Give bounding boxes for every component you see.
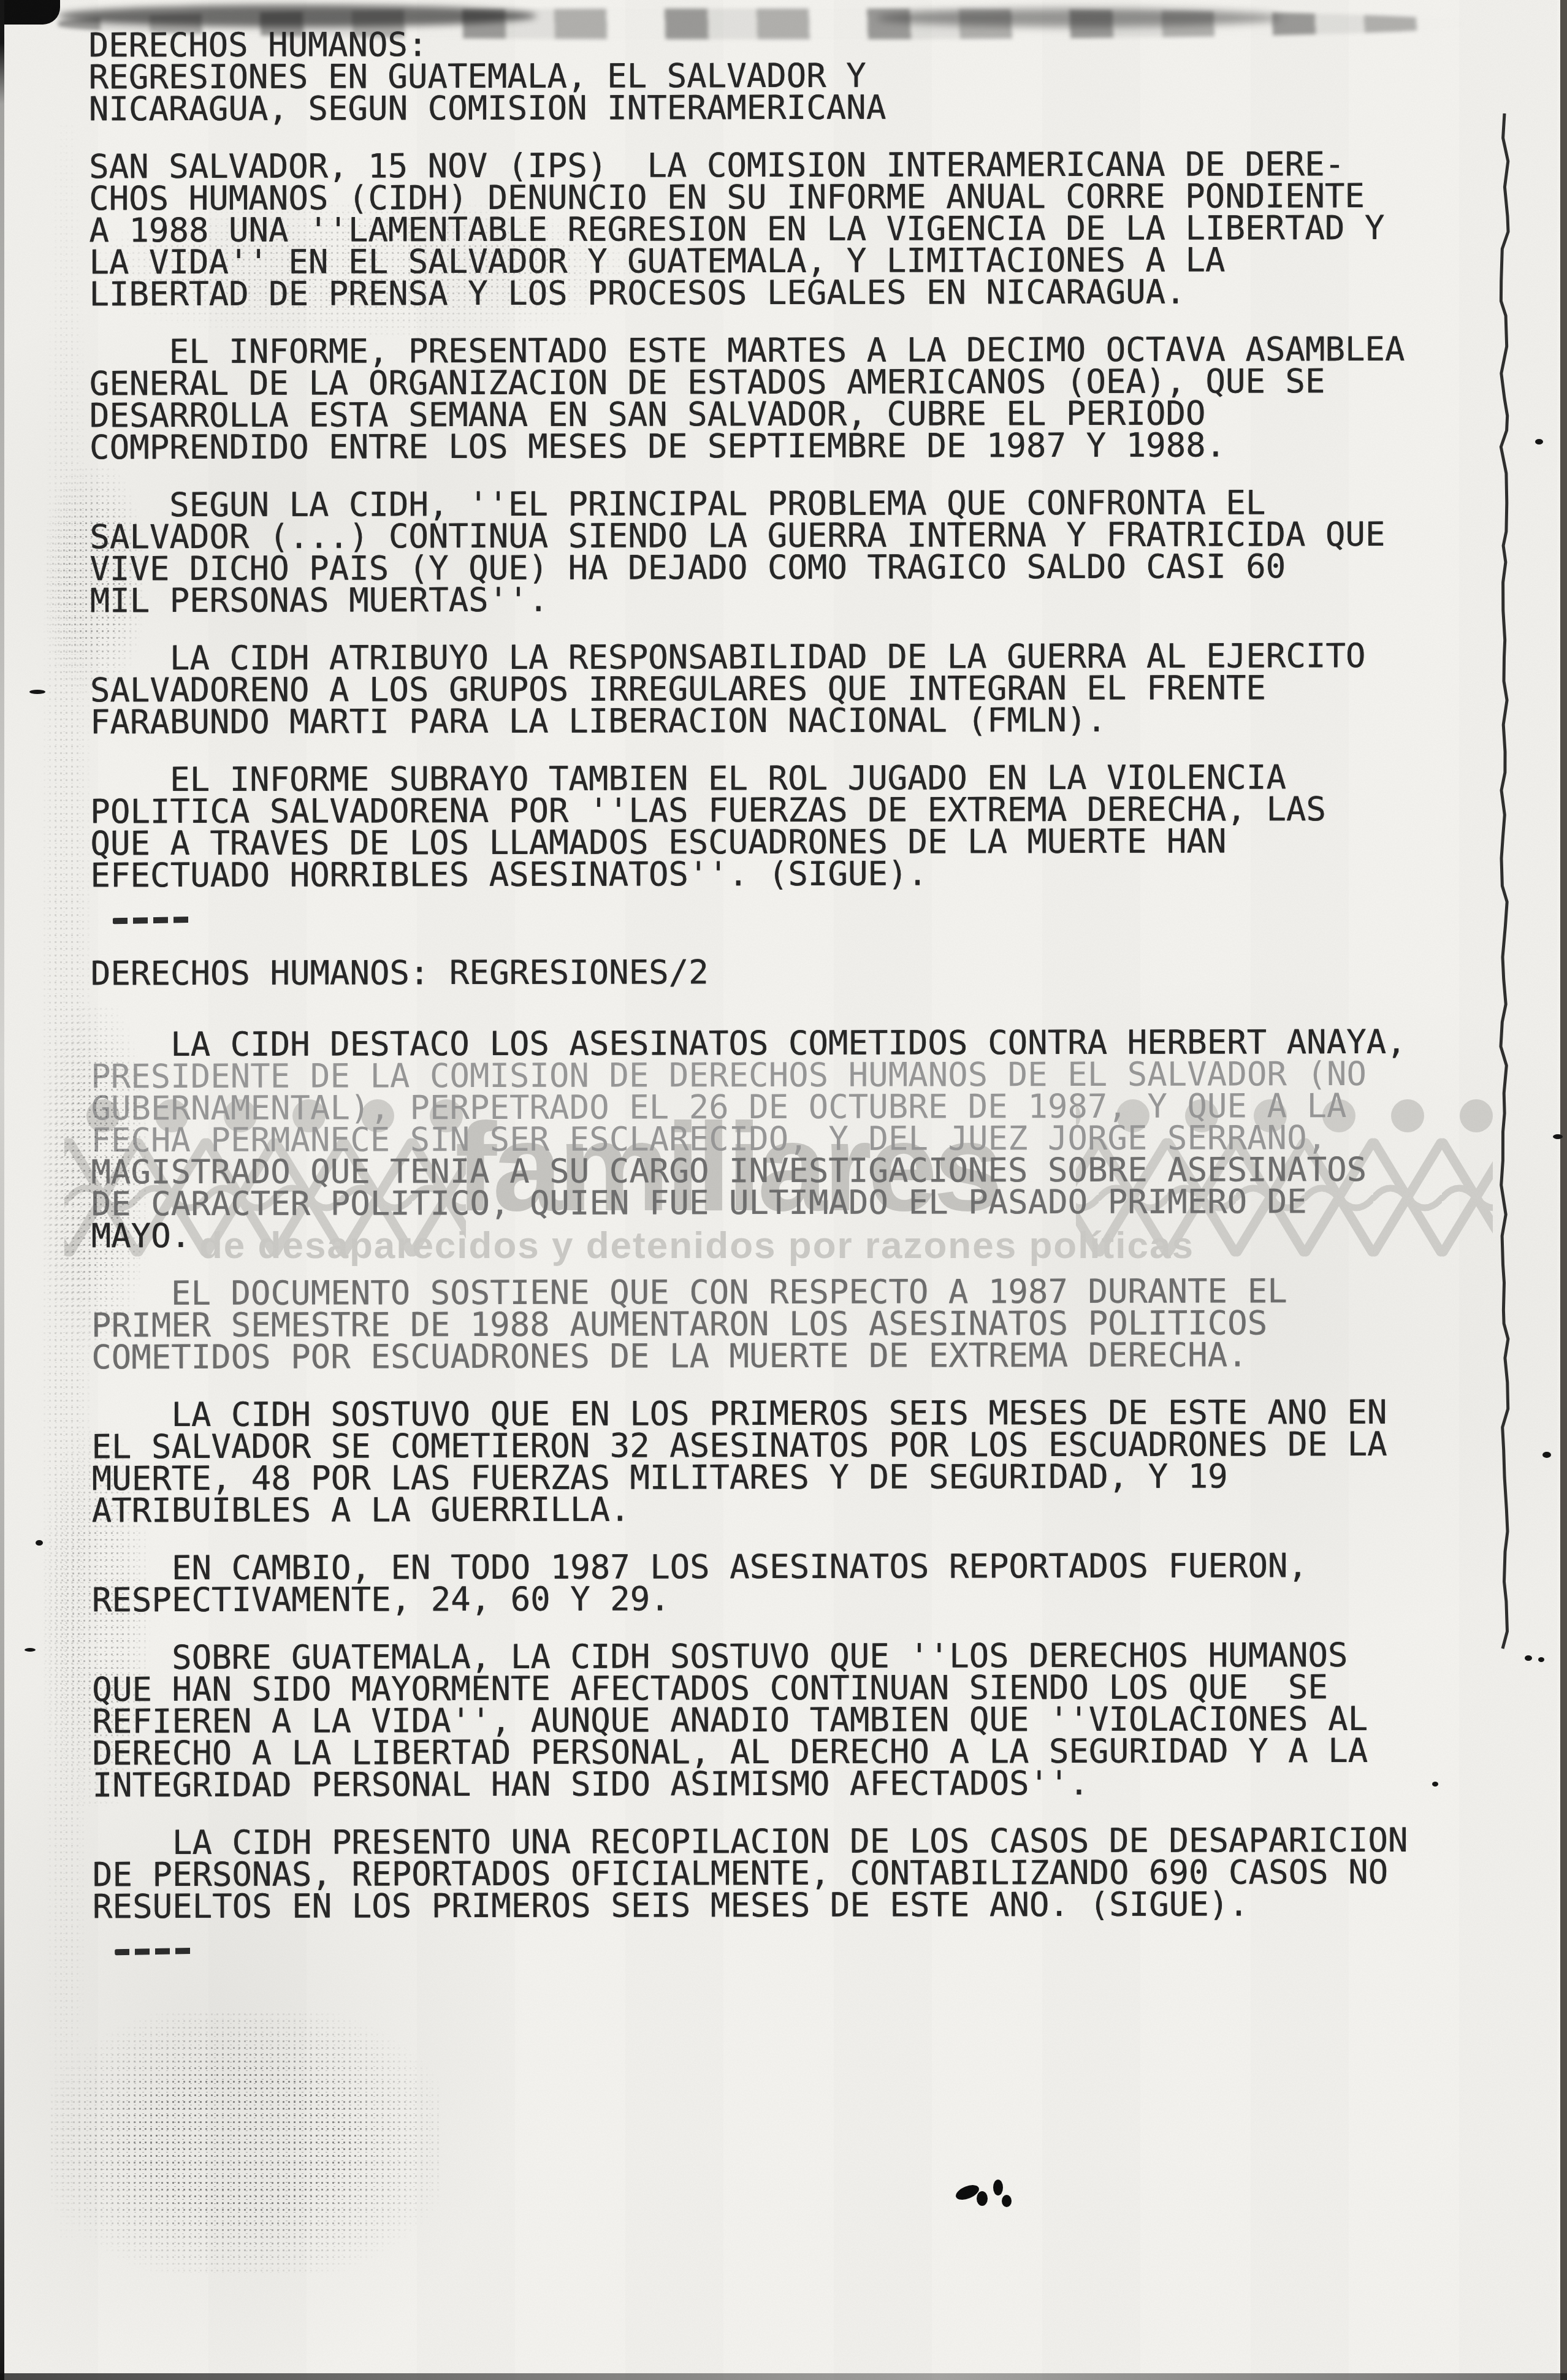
paragraph: EN CAMBIO, EN TODO 1987 LOS ASESINATOS R…	[92, 1550, 1465, 1617]
stray-mark	[1525, 1655, 1532, 1661]
stray-mark	[1542, 1452, 1551, 1458]
scan-right-edge	[1560, 0, 1567, 2380]
scan-top-smudge	[58, 5, 536, 27]
paragraph: EL INFORME SUBRAYO TAMBIEN EL ROL JUGADO…	[90, 761, 1463, 892]
scan-bottom-edge	[0, 2373, 1567, 2380]
paragraph: LA CIDH DESTACO LOS ASESINATOS COMETIDOS…	[91, 1026, 1465, 1253]
paragraph: LA CIDH ATRIBUYO LA RESPONSABILIDAD DE L…	[90, 640, 1463, 739]
text-line: RESUELTOS EN LOS PRIMEROS SEIS MESES DE …	[93, 1888, 1466, 1923]
text-line: MUERTE, 48 POR LAS FUERZAS MILITARES Y D…	[92, 1460, 1465, 1495]
text-line: INTEGRIDAD PERSONAL HAN SIDO ASIMISMO AF…	[93, 1767, 1466, 1802]
paragraph: SEGUN LA CIDH, ''EL PRINCIPAL PROBLEMA Q…	[90, 487, 1463, 617]
text-line: EN CAMBIO, EN TODO 1987 LOS ASESINATOS R…	[92, 1550, 1465, 1585]
paragraph: SAN SALVADOR, 15 NOV (IPS) LA COMISION I…	[89, 148, 1463, 311]
section-heading: DERECHOS HUMANOS: REGRESIONES/2	[91, 955, 1464, 990]
ink-blot-mark	[950, 2178, 1036, 2221]
text-line: RESPECTIVAMENTE, 24, 60 Y 29.	[92, 1582, 1465, 1617]
scan-left-edge	[0, 0, 4, 2380]
stray-mark	[36, 1540, 43, 1546]
scan-speckle-cloud	[49, 2011, 441, 2275]
stray-mark	[1538, 1657, 1544, 1662]
text-line: ATRIBUIBLES A LA GUERRILLA.	[92, 1492, 1465, 1527]
document-page: familiares de desaparecidos y detenidos …	[0, 0, 1567, 2380]
scan-corner-blob	[0, 0, 60, 25]
heading: DERECHOS HUMANOS:REGRESIONES EN GUATEMAL…	[89, 27, 1462, 126]
paragraph: LA CIDH SOSTUVO QUE EN LOS PRIMEROS SEIS…	[91, 1397, 1465, 1527]
article-text: DERECHOS HUMANOS:REGRESIONES EN GUATEMAL…	[89, 27, 1466, 1989]
scan-toner-line	[1496, 113, 1520, 1683]
text-line: NICARAGUA, SEGUN COMISION INTERAMERICANA	[89, 91, 1462, 126]
stray-mark	[25, 1648, 36, 1652]
text-line: COMETIDOS POR ESCUADRONES DE LA MUERTE D…	[91, 1339, 1465, 1374]
paragraph: SOBRE GUATEMALA, LA CIDH SOSTUVO QUE ''L…	[92, 1639, 1466, 1802]
stray-mark	[1553, 1134, 1563, 1139]
paragraph: EL INFORME, PRESENTADO ESTE MARTES A LA …	[90, 334, 1463, 464]
paragraph: LA CIDH PRESENTO UNA RECOPILACION DE LOS…	[93, 1825, 1466, 1923]
text-line: DE CARACTER POLITICO, QUIEN FUE ULTIMADO…	[91, 1186, 1465, 1221]
end-rule	[113, 917, 190, 924]
stray-mark	[29, 690, 45, 694]
text-line: COMPRENDIDO ENTRE LOS MESES DE SEPTIEMBR…	[90, 429, 1463, 464]
text-line: VIVE DICHO PAIS (Y QUE) HA DEJADO COMO T…	[90, 551, 1463, 585]
text-line: DERECHOS HUMANOS: REGRESIONES/2	[91, 955, 1464, 990]
text-line: LIBERTAD DE PRENSA Y LOS PROCESOS LEGALE…	[90, 276, 1463, 311]
text-line: MIL PERSONAS MUERTAS''.	[90, 582, 1463, 617]
stray-mark	[1535, 439, 1543, 444]
scan-top-smudge	[877, 9, 1281, 27]
text-line: EFECTUADO HORRIBLES ASESINATOS''. (SIGUE…	[90, 857, 1463, 892]
end-rule	[115, 1948, 192, 1955]
text-line: FARABUNDO MARTI PARA LA LIBERACION NACIO…	[90, 704, 1463, 739]
paragraph: EL DOCUMENTO SOSTIENE QUE CON RESPECTO A…	[91, 1275, 1465, 1374]
scan-speckle-column	[42, 123, 91, 2238]
